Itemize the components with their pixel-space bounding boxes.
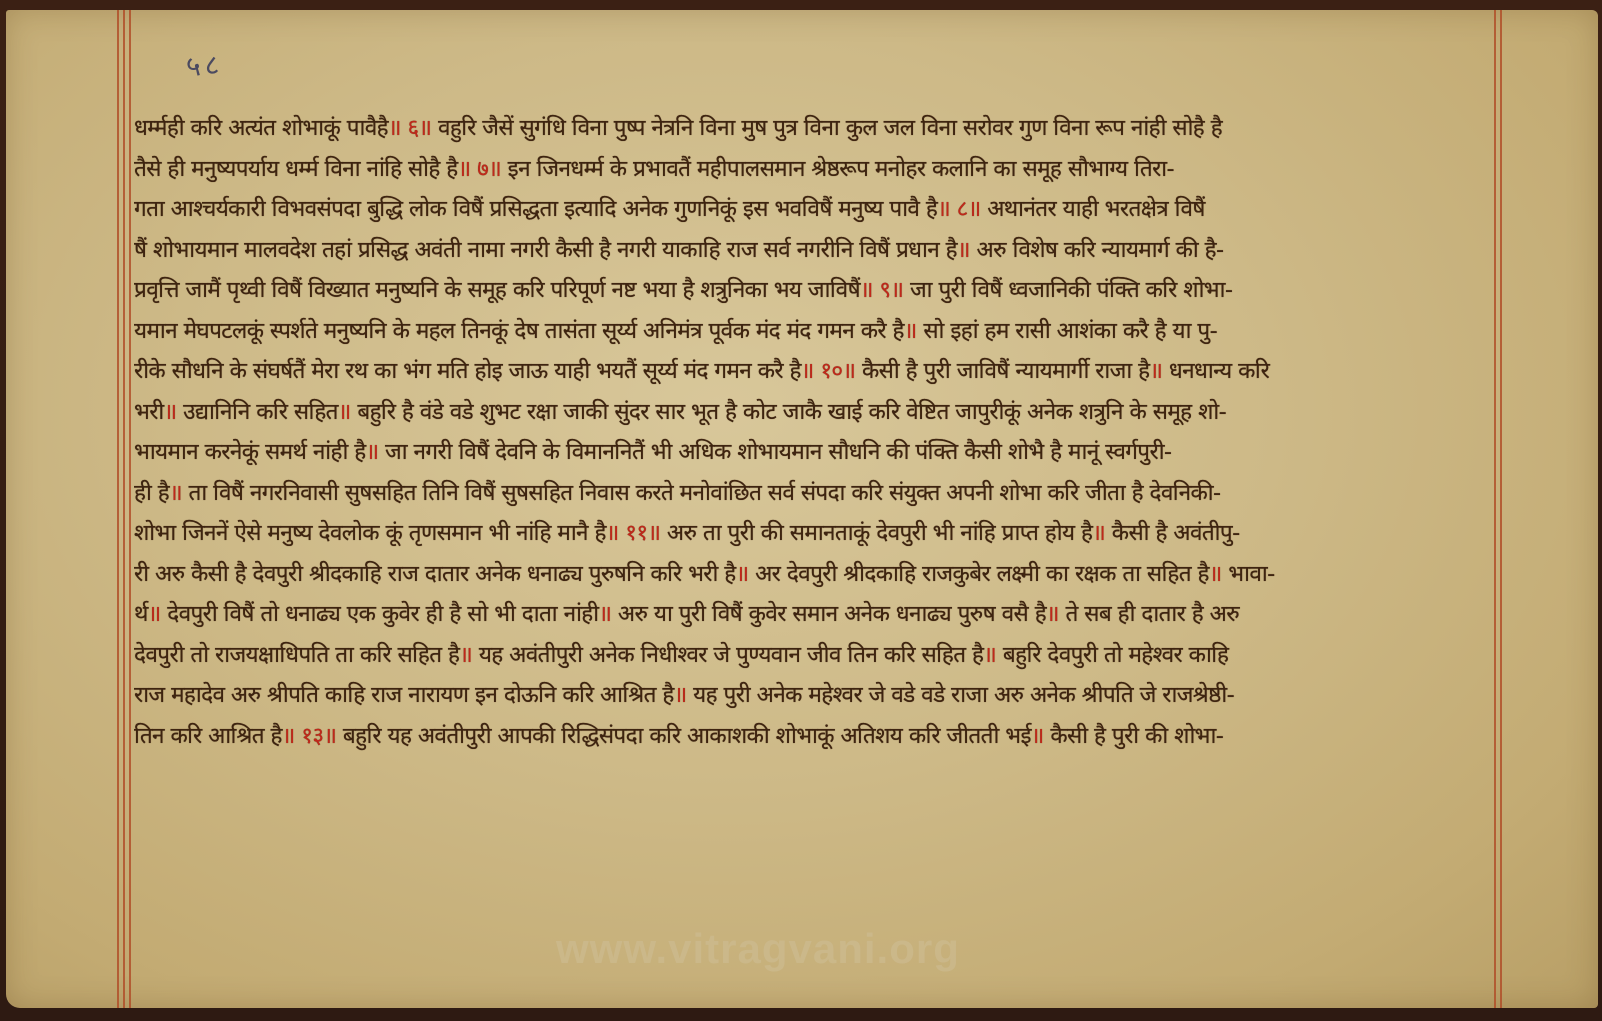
right-margin-rule-1 [1494,10,1496,1008]
text-line-13: र्थ॥ देवपुरी विषैं तो धनाढ्य एक कुवेर ही… [134,594,1464,635]
danda-mark: ॥ [598,601,611,627]
text-line-4: षैं शोभायमान मालवदेश तहां प्रसिद्ध अवंती… [134,230,1464,271]
text-line-6: यमान मेघपटलकूं स्पर्शते मनुष्यनि के महल … [134,311,1464,352]
rubric-mark: ॥ ९॥ [860,277,903,303]
text-line-12: री अरु कैसी है देवपुरी श्रीदकाहि राज दात… [134,554,1464,595]
text-line-14: देवपुरी तो राजयक्षाधिपति ता करि सहित है॥… [134,635,1464,676]
text-line-15: राज महादेव अरु श्रीपति काहि राज नारायण इ… [134,675,1464,716]
text-line-7: रीके सौधनि के संघर्षतैं मेरा रथ का भंग म… [134,351,1464,392]
danda-mark: ॥ [459,642,472,668]
rubric-mark: ॥ १०॥ [801,358,856,384]
watermark: www.vitragvani.org [556,925,960,973]
page-number: ५८ [185,45,225,85]
text-line-10: ही है॥ ता विषैं नगरनिवासी सुषसहित तिनि व… [134,473,1464,514]
text-line-11: शोभा जिननें ऐसे मनुष्य देवलोक कूं तृणसमा… [134,513,1464,554]
right-margin-rule-2 [1500,10,1502,1008]
text-line-5: प्रवृत्ति जामैं पृथ्वी विषैं विख्यात मनु… [134,270,1464,311]
danda-mark: ॥ [904,318,917,344]
text-line-8: भरी॥ उद्यानिनि करि सहित॥ बहुरि है वंडे व… [134,392,1464,433]
danda-mark: ॥ [1046,601,1059,627]
left-margin-rule-3 [129,10,131,1008]
left-margin-rule-2 [123,10,125,1008]
danda-mark: ॥ [1149,358,1162,384]
text-line-2: तैसे ही मनुष्यपर्याय धर्म्म विना नांहि स… [134,149,1464,190]
danda-mark: ॥ [674,682,687,708]
danda-mark: ॥ [169,480,182,506]
rubric-mark: ॥ ७॥ [458,156,501,182]
danda-mark: ॥ [338,399,351,425]
text-line-3: गता आश्चर्यकारी विभवसंपदा बुद्धि लोक विष… [134,189,1464,230]
text-line-1: धर्म्मही करि अत्यंत शोभाकूं पावैहै॥ ६॥ व… [134,108,1464,149]
danda-mark: ॥ [957,237,970,263]
rubric-mark: ॥ १३॥ [282,723,337,749]
danda-mark: ॥ [164,399,177,425]
left-margin-rule-1 [117,10,119,1008]
danda-mark: ॥ [1031,723,1044,749]
text-line-16: तिन करि आश्रित है॥ १३॥ बहुरि यह अवंतीपुर… [134,716,1464,757]
text-line-9: भायमान करनेकूं समर्थ नांही है॥ जा नगरी व… [134,432,1464,473]
rubric-mark: ॥ ६॥ [388,115,431,141]
danda-mark: ॥ [1092,520,1105,546]
danda-mark: ॥ [366,439,379,465]
rubric-mark: ॥ ११॥ [606,520,661,546]
rubric-mark: ॥ ८॥ [937,196,980,222]
danda-mark: ॥ [148,601,161,627]
manuscript-text-block: धर्म्मही करि अत्यंत शोभाकूं पावैहै॥ ६॥ व… [134,108,1464,756]
danda-mark: ॥ [1209,561,1222,587]
danda-mark: ॥ [736,561,749,587]
danda-mark: ॥ [983,642,996,668]
